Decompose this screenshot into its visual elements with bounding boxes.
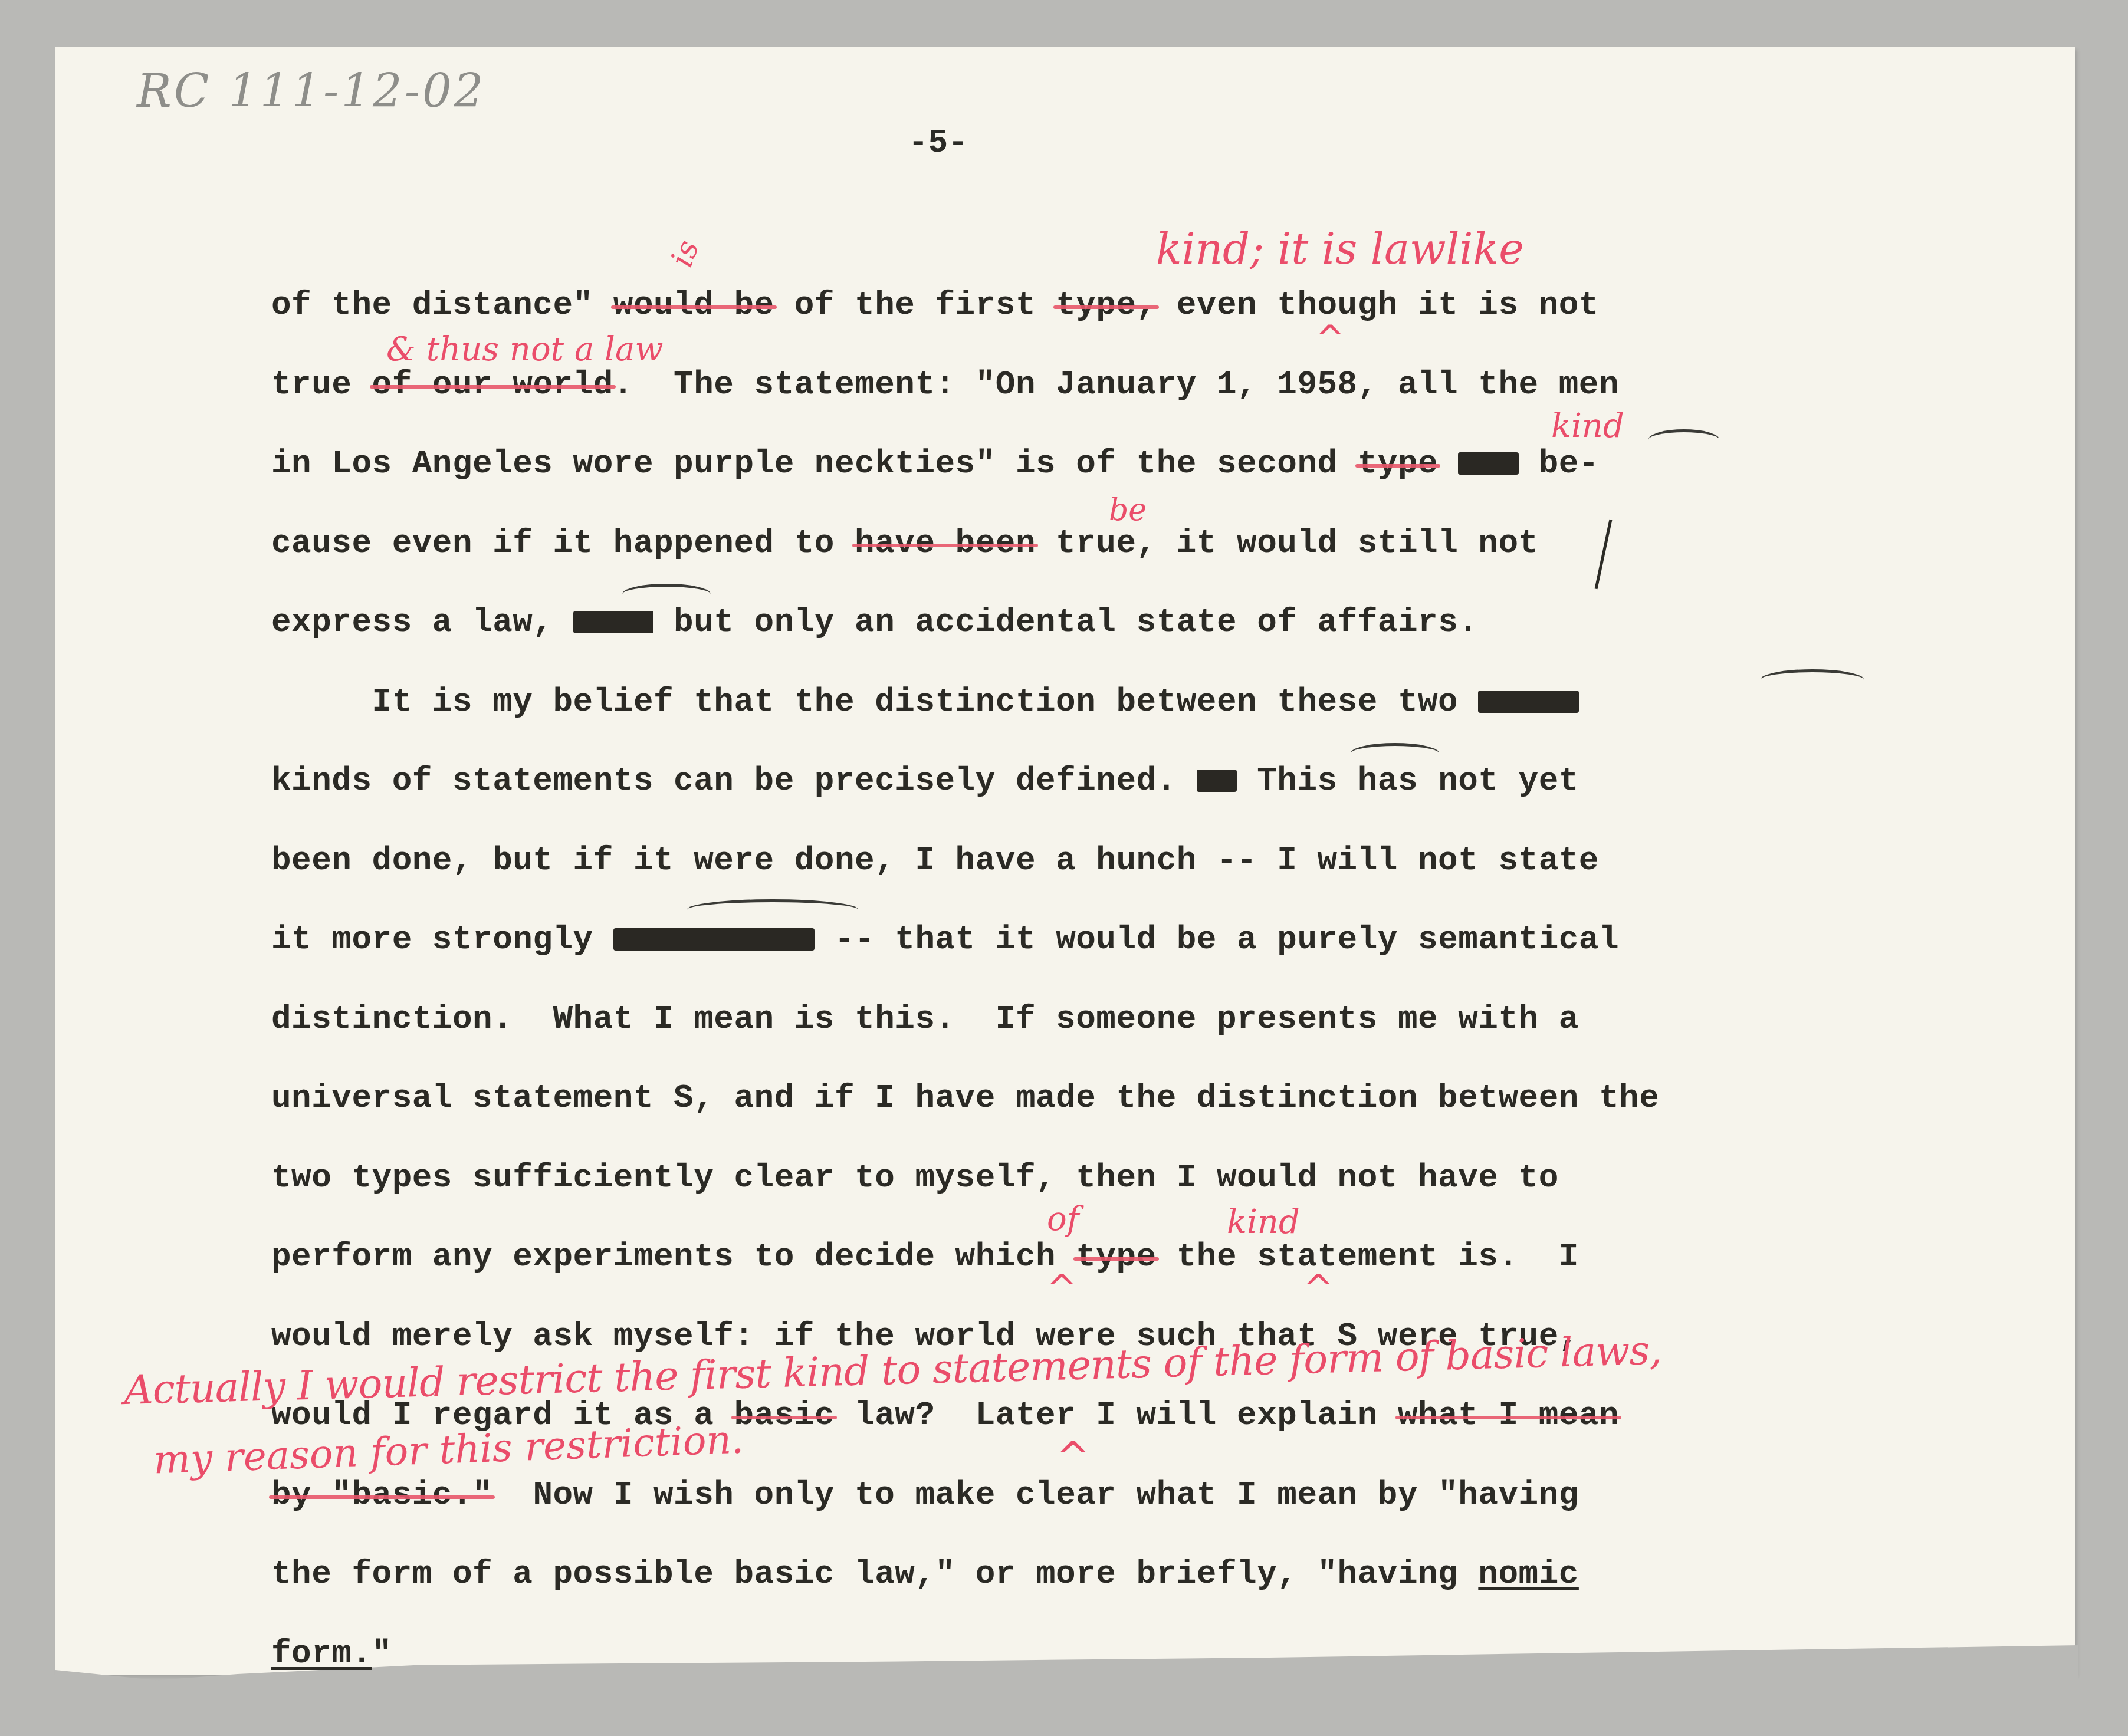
blotted-text: types [1478, 691, 1579, 713]
struck-text: type, [1056, 286, 1157, 324]
text-segment: be- [1519, 445, 1599, 482]
text-segment: This has not yet [1237, 762, 1579, 800]
text-segment: it more strongly [271, 920, 613, 958]
text-segment: true, it would still not [1036, 524, 1539, 562]
typed-line: express a law, xxxx but only an accident… [271, 603, 1478, 641]
caret-mark: ^ [1047, 1268, 1076, 1309]
struck-text: basic [734, 1396, 835, 1434]
typed-line: cause even if it happened to have been t… [271, 524, 1539, 562]
deletion-arc [687, 899, 858, 920]
annotation-thus-not-a-law: & thus not a law [386, 330, 663, 369]
deletion-arc [1648, 429, 1719, 450]
text-segment: Now I wish only to make clear what I mea… [492, 1476, 1579, 1514]
text-segment: been done, but if it were done, I have a… [271, 841, 1599, 879]
blotted-text: xxx [1458, 452, 1518, 475]
typed-line: kinds of statements can be precisely def… [271, 762, 1579, 800]
typed-line: by "basic." Now I wish only to make clea… [271, 1476, 1579, 1514]
typed-line: the form of a possible basic law," or mo… [271, 1555, 1579, 1593]
text-segment: cause even if it happened to [271, 524, 855, 562]
text-segment: -- that it would be a purely semantical [815, 920, 1619, 958]
text-segment: law? Later I will explain [835, 1396, 1398, 1434]
text-segment: perform any experiments to decide which [271, 1238, 1076, 1275]
blotted-text: xxxx [573, 611, 653, 633]
typed-line: been done, but if it were done, I have a… [271, 841, 1599, 879]
text-segment: the statement is. I [1157, 1238, 1579, 1275]
deletion-arc [1351, 743, 1439, 764]
annotation-kind-2: kind [1551, 407, 1624, 445]
deletion-arc [1761, 669, 1864, 690]
annotation-of: of [1047, 1200, 1079, 1238]
typed-line: perform any experiments to decide which … [271, 1238, 1579, 1275]
typed-line: form." [271, 1635, 392, 1672]
annotation-kind-lawlike: kind; it is lawlike [1156, 224, 1524, 274]
deletion-arc [622, 584, 711, 604]
caret-mark: ^ [1315, 318, 1345, 360]
typed-line: of the distance" would be of the first t… [271, 286, 1599, 324]
typed-line: in Los Angeles wore purple neckties" is … [271, 445, 1599, 482]
text-segment: universal statement S, and if I have mad… [271, 1079, 1659, 1117]
typed-line: universal statement S, and if I have mad… [271, 1079, 1659, 1117]
typed-line: true of our world. The statement: "On Ja… [271, 366, 1619, 403]
text-segment: distinction. What I mean is this. If som… [271, 1000, 1579, 1038]
blotted-text: xxxxxxxxxx [613, 928, 815, 951]
text-segment: express a law, [271, 603, 573, 641]
typed-line: it more strongly xxxxxxxxxx -- that it w… [271, 920, 1619, 958]
text-segment: in Los Angeles wore purple neckties" is … [271, 445, 1358, 482]
archive-id: RC 111-12-02 [137, 65, 485, 118]
underlined-text: nomic [1478, 1555, 1579, 1593]
page-number: -5- [908, 124, 968, 162]
caret-mark: ^ [1056, 1433, 1091, 1481]
text-segment: two types sufficiently clear to myself, … [271, 1159, 1559, 1196]
struck-text: by "basic." [271, 1476, 492, 1514]
struck-text: type [1358, 445, 1438, 482]
text-segment: true [271, 366, 372, 403]
blotted-text: xx [1197, 770, 1237, 792]
text-segment [1438, 445, 1458, 482]
typed-line: It is my belief that the distinction bet… [271, 683, 1579, 721]
struck-text: what I mean [1398, 1396, 1619, 1434]
text-segment: but only an accidental state of affairs. [653, 603, 1478, 641]
text-segment: It is my belief that the distinction bet… [271, 683, 1478, 721]
caret-mark: ^ [1303, 1268, 1333, 1309]
underlined-text: form. [271, 1635, 372, 1672]
text-segment: kinds of statements can be precisely def… [271, 762, 1197, 800]
text-segment: of the first [774, 286, 1056, 324]
text-segment: even though it is not [1157, 286, 1599, 324]
annotation-be: be [1109, 492, 1147, 528]
struck-text: of our world [372, 366, 613, 403]
struck-text: type [1076, 1238, 1156, 1275]
text-segment: of the distance" [271, 286, 613, 324]
struck-text: have been [855, 524, 1036, 562]
text-segment: " [372, 1635, 392, 1672]
annotation-kind-3: kind [1227, 1203, 1300, 1241]
typed-line: distinction. What I mean is this. If som… [271, 1000, 1579, 1038]
text-segment: the form of a possible basic law," or mo… [271, 1555, 1478, 1593]
struck-text: would be [613, 286, 774, 324]
text-segment: . The statement: "On January 1, 1958, al… [613, 366, 1619, 403]
typed-line: two types sufficiently clear to myself, … [271, 1159, 1559, 1196]
